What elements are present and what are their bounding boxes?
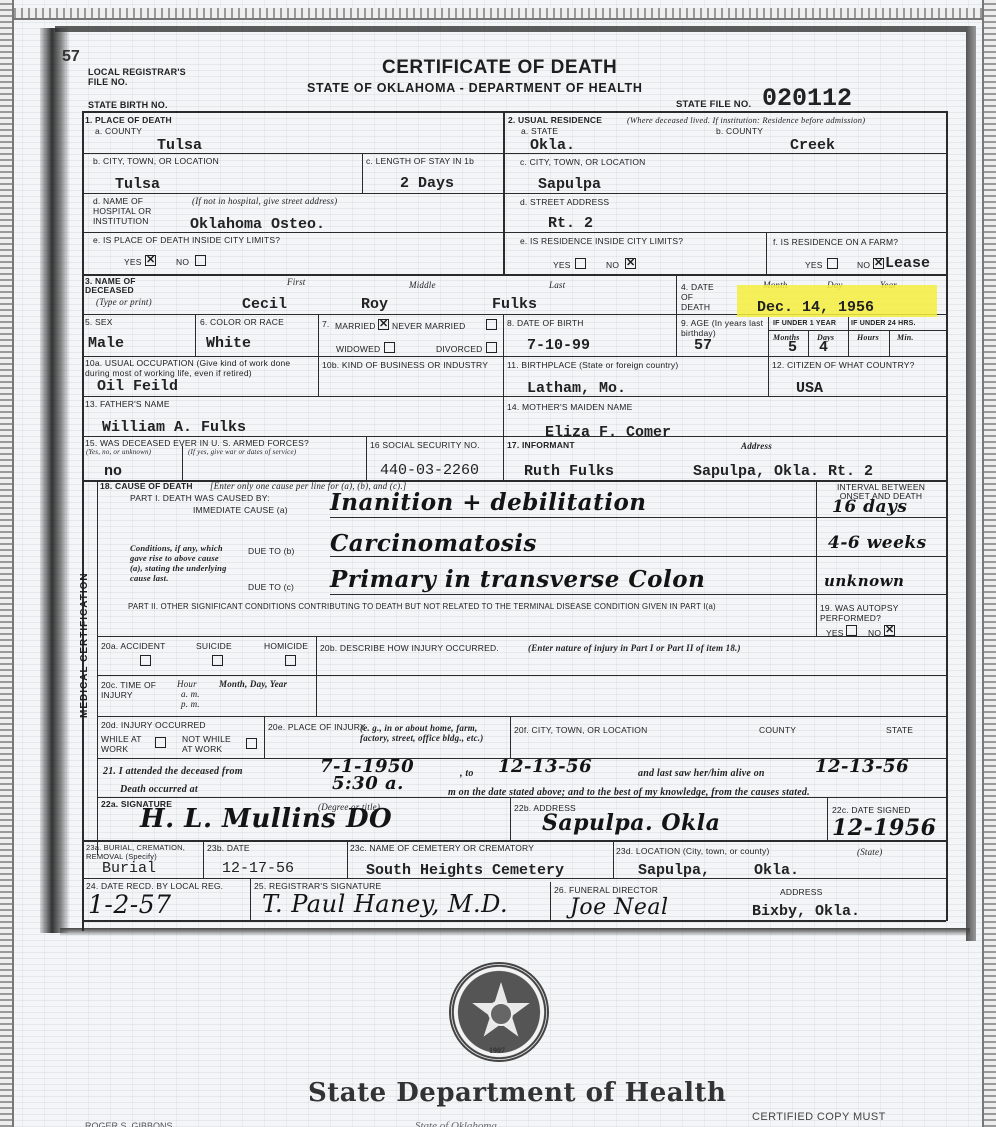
decorative-border-top: [0, 8, 996, 20]
father-label: 13. FATHER'S NAME: [85, 399, 170, 409]
injury-desc-hint: (Enter nature of injury in Part I or Par…: [528, 643, 741, 653]
never-married-checkbox[interactable]: [486, 319, 497, 330]
death-time-value: 5:30 a.: [332, 773, 404, 794]
accident-checkbox[interactable]: [140, 655, 151, 666]
divider: [503, 314, 504, 482]
state-of: State of Oklahoma: [415, 1120, 497, 1127]
date-recd-value: 1-2-57: [88, 890, 172, 919]
pod-inside-limits-no-checkbox[interactable]: [195, 255, 206, 266]
copy-shadow-left: [40, 28, 70, 933]
divider: [195, 314, 196, 356]
injury-city-label: 20f. CITY, TOWN, OR LOCATION: [514, 725, 647, 735]
ssn-label: 16 SOCIAL SECURITY NO.: [370, 440, 480, 450]
divider: [318, 314, 319, 396]
homicide-label: HOMICIDE: [264, 641, 308, 651]
divider: [250, 878, 251, 920]
last-name-label: Last: [549, 280, 565, 290]
informant-address-value: Sapulpa, Okla. Rt. 2: [693, 463, 873, 480]
part2-label: PART II. OTHER SIGNIFICANT CONDITIONS CO…: [128, 602, 716, 611]
attended-to-value: 12-13-56: [498, 756, 592, 777]
suicide-label: SUICIDE: [196, 641, 232, 651]
suicide-checkbox[interactable]: [212, 655, 223, 666]
divider: [316, 636, 317, 716]
last-name-value: Fulks: [492, 296, 537, 313]
seal-core-icon: [489, 1002, 513, 1026]
usual-residence-label: 2. USUAL RESIDENCE: [508, 115, 602, 125]
res-city-value: Sapulpa: [538, 176, 601, 193]
sex-value: Male: [88, 335, 124, 352]
married-checkbox[interactable]: ✕: [378, 319, 389, 330]
while-at-work-checkbox[interactable]: [155, 737, 166, 748]
farm-yes-checkbox[interactable]: [827, 258, 838, 269]
location-state-label: (State): [857, 847, 882, 857]
injury-county-label: COUNTY: [759, 725, 796, 735]
min-label: Min.: [897, 333, 914, 342]
date-of-death-value: Dec. 14, 1956: [757, 299, 874, 316]
res-no-label: NO: [606, 260, 619, 270]
age-label: 9. AGE (In years last birthday): [681, 318, 767, 338]
age-value: 57: [694, 337, 712, 354]
pod-yes-label: YES: [124, 257, 142, 267]
divider: [203, 840, 204, 878]
state-birth-no-label: STATE BIRTH NO.: [88, 100, 168, 110]
middle-name-label: Middle: [409, 280, 436, 290]
farm-no-checkbox[interactable]: ✕: [873, 258, 884, 269]
injury-desc-label: 20b. DESCRIBE HOW INJURY OCCURRED.: [320, 643, 499, 653]
decorative-border-left: [0, 0, 14, 1127]
cemetery-value: South Heights Cemetery: [366, 862, 564, 879]
res-county-value: Creek: [790, 137, 835, 154]
divider: [82, 356, 946, 357]
res-state-value: Okla.: [530, 137, 575, 154]
state-file-no: 020112: [762, 84, 852, 113]
autopsy-yes-label: YES: [826, 628, 844, 638]
length-of-stay-label: c. LENGTH OF STAY IN 1b: [366, 156, 474, 166]
divorced-label: DIVORCED: [436, 344, 482, 354]
pod-inside-limits-yes-checkbox[interactable]: ✕: [145, 255, 156, 266]
divider: [330, 594, 946, 595]
divider: [82, 840, 946, 842]
disposition-label: 23a. BURIAL, CREMATION, REMOVAL (Specify…: [86, 843, 201, 861]
res-county-label: b. COUNTY: [716, 126, 763, 136]
pod-inside-limits-label: e. IS PLACE OF DEATH INSIDE CITY LIMITS?: [93, 235, 280, 245]
informant-value: Ruth Fulks: [524, 463, 614, 480]
divider: [82, 920, 946, 922]
father-value: William A. Fulks: [102, 419, 246, 436]
autopsy-label: 19. WAS AUTOPSY PERFORMED?: [820, 603, 940, 623]
signature-value: H. L. Mullins DO: [140, 804, 392, 834]
sex-label: 5. SEX: [85, 317, 113, 327]
funeral-address-value: Bixby, Okla.: [752, 903, 860, 920]
due-to-b-value: Carcinomatosis: [330, 530, 537, 557]
decorative-border-right: [982, 0, 996, 1127]
dob-value: 7-10-99: [527, 337, 590, 354]
date-of-death-label: 4. DATE OF DEATH: [681, 282, 721, 312]
citizen-value: USA: [796, 380, 823, 397]
pod-no-label: NO: [176, 257, 189, 267]
death-occurred-label: Death occurred at: [120, 784, 198, 795]
pod-county-label: a. COUNTY: [95, 126, 142, 136]
armed-forces-hint-2: (If yes, give war or dates of service): [188, 448, 296, 456]
location-label: 23d. LOCATION (City, town, or county): [616, 846, 770, 856]
place-of-death-label: 1. PLACE OF DEATH: [85, 115, 172, 125]
registrar-value: T. Paul Haney, M.D.: [262, 890, 508, 918]
race-value: White: [206, 335, 251, 352]
middle-name-value: Roy: [361, 296, 388, 313]
copy-shadow-top: [55, 26, 975, 32]
married-label: MARRIED: [335, 321, 376, 331]
divider: [816, 480, 817, 636]
burial-date-value: 12-17-56: [222, 860, 294, 877]
interval-b-value: 4-6 weeks: [828, 533, 927, 553]
pod-county-value: Tulsa: [157, 137, 202, 154]
funeral-director-label: 26. FUNERAL DIRECTOR: [554, 885, 658, 895]
time-of-injury-label: 20c. TIME OF INJURY: [101, 680, 161, 700]
under-1-year-label: IF UNDER 1 YEAR: [773, 320, 836, 327]
armed-forces-label: 15. WAS DECEASED EVER IN U. S. ARMED FOR…: [85, 438, 309, 448]
divider: [827, 797, 828, 840]
res-street-label: d. STREET ADDRESS: [520, 197, 609, 207]
funeral-address-label: ADDRESS: [780, 887, 823, 897]
divider: [330, 517, 946, 518]
divider: [82, 274, 946, 276]
funeral-director-value: Joe Neal: [570, 895, 669, 920]
death-time-suffix: m on the date stated above; and to the b…: [448, 787, 810, 798]
autopsy-yes-checkbox[interactable]: [846, 625, 857, 636]
due-to-c-value: Primary in transverse Colon: [330, 566, 705, 593]
conditions-hint: Conditions, if any, which gave rise to a…: [130, 543, 232, 583]
birthplace-value: Latham, Mo.: [527, 380, 626, 397]
last-saw-value: 12-13-56: [815, 756, 909, 777]
widowed-checkbox[interactable]: [384, 342, 395, 353]
divider: [510, 716, 511, 758]
divider: [889, 330, 890, 357]
am-label: a. m.: [181, 689, 200, 699]
divider: [848, 317, 849, 357]
under-24-hrs-label: IF UNDER 24 HRS.: [851, 320, 916, 327]
farm-note: Lease: [885, 255, 930, 272]
autopsy-no-checkbox[interactable]: ✕: [884, 625, 895, 636]
divorced-checkbox[interactable]: [486, 342, 497, 353]
occupation-value: Oil Feild: [97, 378, 178, 395]
res-farm-label: f. IS RESIDENCE ON A FARM?: [773, 237, 898, 247]
divider: [182, 446, 183, 482]
res-city-label: c. CITY, TOWN, OR LOCATION: [520, 157, 645, 167]
divider: [946, 111, 948, 921]
farm-no-label: NO: [857, 260, 870, 270]
divider: [676, 274, 677, 357]
divider: [82, 193, 946, 194]
to-label: , to: [460, 768, 474, 779]
divider: [366, 436, 367, 482]
hospital-value: Oklahoma Osteo.: [190, 216, 325, 233]
copy-shadow-right: [966, 26, 976, 941]
ssn-value: 440-03-2260: [380, 462, 479, 479]
seal-year: 1907: [489, 1046, 505, 1055]
divider: [766, 232, 767, 274]
length-of-stay-value: 2 Days: [400, 175, 454, 192]
farm-yes-label: YES: [805, 260, 823, 270]
registrar-name: ROGER S. GIBBONS: [85, 1121, 173, 1127]
due-to-c-label: DUE TO (c): [248, 582, 294, 592]
res-yes-label: YES: [553, 260, 571, 270]
marital-label: 7.: [322, 319, 330, 329]
informant-label: 17. INFORMANT: [507, 440, 575, 450]
armed-forces-value: no: [104, 463, 122, 480]
mother-value: Eliza F. Comer: [545, 424, 671, 441]
certified-copy-note: CERTIFIED COPY MUST: [752, 1111, 886, 1123]
mother-label: 14. MOTHER'S MAIDEN NAME: [507, 402, 632, 412]
dob-label: 8. DATE OF BIRTH: [507, 318, 584, 328]
not-while-at-work-label: NOT WHILE AT WORK: [182, 734, 238, 754]
burial-date-label: 23b. DATE: [207, 843, 250, 853]
divider: [347, 840, 348, 878]
date-signed-value: 12-1956: [832, 815, 936, 841]
last-saw-label: and last saw her/him alive on: [638, 768, 765, 779]
divider: [362, 153, 363, 193]
armed-forces-hint-1: (Yes, no, or unknown): [86, 448, 151, 456]
days-value: 4: [819, 339, 828, 356]
injury-occurred-label: 20d. INJURY OCCURRED: [101, 720, 206, 730]
divider: [264, 716, 265, 758]
page-subtitle: STATE OF OKLAHOMA - DEPARTMENT OF HEALTH: [307, 81, 643, 95]
cemetery-label: 23c. NAME OF CEMETERY OR CREMATORY: [350, 843, 534, 853]
res-inside-limits-label: e. IS RESIDENCE INSIDE CITY LIMITS?: [520, 236, 683, 246]
due-to-b-label: DUE TO (b): [248, 546, 295, 556]
business-label: 10b. KIND OF BUSINESS OR INDUSTRY: [322, 360, 488, 370]
divider: [510, 797, 511, 840]
location-state-value: Okla.: [754, 862, 799, 879]
hospital-hint: (If not in hospital, give street address…: [192, 196, 337, 206]
divider: [82, 111, 948, 113]
immediate-cause-label: IMMEDIATE CAUSE (a): [193, 505, 288, 515]
interval-c-value: unknown: [824, 572, 904, 590]
hour-label: Hour: [177, 679, 197, 689]
res-street-value: Rt. 2: [548, 215, 593, 232]
attended-label: 21. I attended the deceased from: [103, 766, 243, 777]
res-inside-limits-no-checkbox[interactable]: ✕: [625, 258, 636, 269]
divider: [97, 716, 946, 717]
accident-label: 20a. ACCIDENT: [101, 641, 165, 651]
date-signed-label: 22c. DATE SIGNED: [832, 805, 911, 815]
divider: [550, 882, 551, 920]
divider: [82, 111, 84, 931]
divider: [97, 675, 946, 676]
first-name-value: Cecil: [242, 296, 287, 313]
copy-shadow-bottom: [60, 928, 970, 936]
not-while-at-work-checkbox[interactable]: [246, 738, 257, 749]
name-hint: (Type or print): [96, 297, 152, 307]
citizen-label: 12. CITIZEN OF WHAT COUNTRY?: [772, 360, 915, 370]
divider: [768, 330, 946, 331]
pod-city-value: Tulsa: [115, 176, 160, 193]
certificate-page: 57 LOCAL REGISTRAR'S FILE NO. STATE BIRT…: [0, 0, 996, 1127]
hours-label: Hours: [857, 333, 879, 342]
divider: [613, 840, 614, 878]
injury-state-label: STATE: [886, 725, 913, 735]
local-registrar-label: LOCAL REGISTRAR'S FILE NO.: [88, 67, 186, 87]
immediate-cause-value: Inanition + debilitation: [330, 489, 647, 516]
disposition-value: Burial: [102, 860, 156, 877]
autopsy-no-label: NO: [868, 628, 881, 638]
occupation-label: 10a. USUAL OCCUPATION (Give kind of work…: [85, 358, 317, 378]
never-married-label: NEVER MARRIED: [392, 321, 465, 331]
mdy-label: Month, Day, Year: [219, 679, 287, 689]
interval-a-value: 16 days: [832, 497, 907, 517]
birthplace-label: 11. BIRTHPLACE (State or foreign country…: [507, 360, 678, 370]
department-name: State Department of Health: [308, 1078, 726, 1108]
part1-label: PART I. DEATH WAS CAUSED BY:: [130, 493, 270, 503]
state-file-no-label: STATE FILE NO.: [676, 99, 751, 110]
address-value: Sapulpa. Okla: [542, 810, 720, 836]
widowed-label: WIDOWED: [336, 344, 380, 354]
name-label: 3. NAME OF DECEASED: [85, 277, 145, 295]
informant-address-label: Address: [741, 441, 772, 451]
while-at-work-label: WHILE AT WORK: [101, 734, 147, 754]
corner-number: 57: [62, 48, 80, 66]
race-label: 6. COLOR OR RACE: [200, 317, 284, 327]
months-value: 5: [788, 339, 797, 356]
location-value: Sapulpa,: [638, 862, 710, 879]
pm-label: p. m.: [181, 699, 200, 709]
res-inside-limits-yes-checkbox[interactable]: [575, 258, 586, 269]
homicide-checkbox[interactable]: [285, 655, 296, 666]
hospital-label: d. NAME OF HOSPITAL OR INSTITUTION: [93, 196, 178, 226]
state-seal: 1907: [449, 962, 549, 1062]
divider: [768, 317, 769, 397]
divider: [82, 436, 946, 437]
usual-residence-hint: (Where deceased lived. If institution: R…: [627, 115, 865, 125]
first-name-label: First: [287, 277, 306, 287]
cause-label: 18. CAUSE OF DEATH: [100, 481, 193, 491]
medical-certification-label: MEDICAL CERTIFICATION: [79, 572, 90, 718]
page-title: CERTIFICATE OF DEATH: [382, 57, 617, 79]
divider: [97, 636, 946, 637]
pod-city-label: b. CITY, TOWN, OR LOCATION: [93, 156, 219, 166]
divider: [808, 330, 809, 357]
divider: [97, 480, 98, 855]
res-state-label: a. STATE: [521, 126, 558, 136]
place-of-injury-hint: (e. g., in or about home, farm, factory,…: [290, 723, 505, 743]
